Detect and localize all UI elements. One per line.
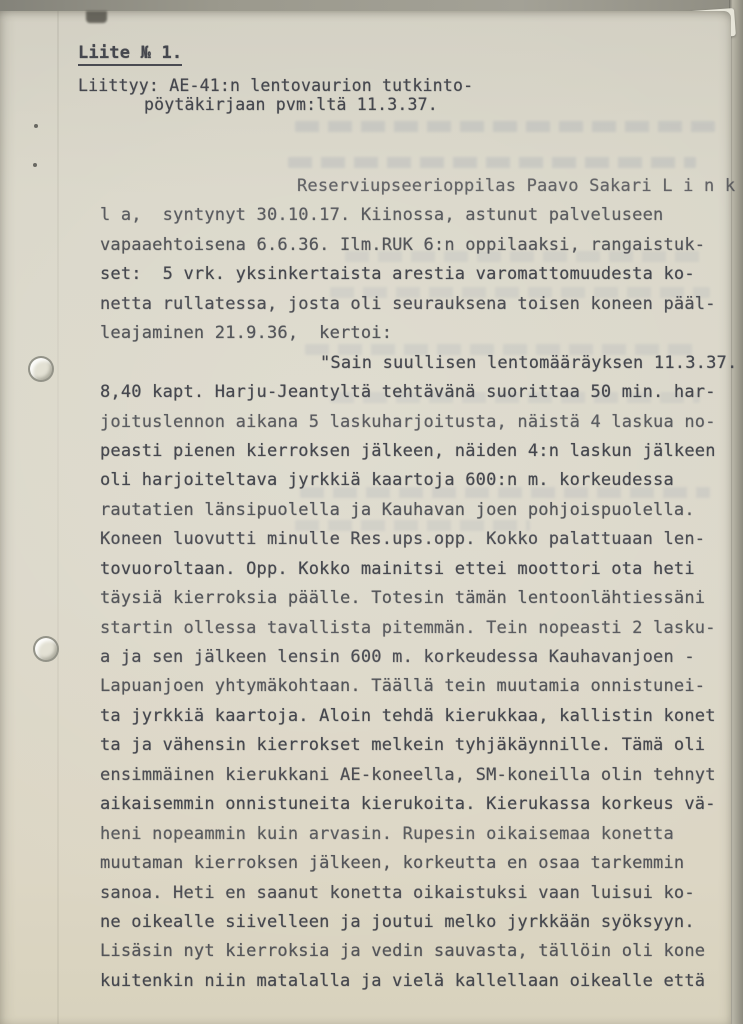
typewritten-line: Reserviupseerioppilas Paavo Sakari L i n… — [100, 172, 722, 201]
typewritten-line: "Sain suullisen lentomääräyksen 11.3.37.… — [100, 349, 722, 378]
typewritten-line: tovuoroltaan. Opp. Kokko mainitsi ettei … — [100, 555, 722, 584]
bleedthrough-text-line — [295, 121, 715, 132]
ink-speck — [34, 124, 38, 128]
appendix-title: Liite № 1. — [78, 43, 182, 66]
typewritten-line: startin ollessa tavallista pitemmän. Tei… — [100, 614, 722, 643]
typewritten-line: 8,40 kapt. Harju-Jeantyltä tehtävänä suo… — [100, 378, 722, 407]
typewritten-line: joituslennon aikana 5 laskuharjoitusta, … — [100, 408, 722, 437]
document-page: Liite № 1. Liittyy: AE-41:n lentovaurion… — [0, 11, 731, 1024]
typewritten-line: vapaaehtoisena 6.6.36. Ilm.RUK 6:n oppil… — [100, 231, 722, 260]
typewritten-line: kuitenkin niin matalalla ja vielä kallel… — [100, 967, 722, 996]
typewritten-line: muutaman kierroksen jälkeen, korkeutta e… — [100, 849, 722, 878]
typewritten-line: leajaminen 21.9.36, kertoi: — [100, 319, 722, 348]
typewritten-line: oli harjoiteltava jyrkkiä kaartoja 600:n… — [100, 466, 722, 495]
paper-fold-line — [57, 11, 59, 1024]
typewritten-line: netta rullatessa, josta oli seurauksena … — [100, 290, 722, 319]
punch-hole-icon — [33, 636, 59, 662]
typewritten-line: ta jyrkkiä kaartoja. Aloin tehdä kierukk… — [100, 702, 722, 731]
typewritten-body: Reserviupseerioppilas Paavo Sakari L i n… — [100, 172, 722, 996]
reference-line-1: Liittyy: AE-41:n lentovaurion tutkinto- — [78, 76, 473, 95]
reference-line-2: pöytäkirjaan pvm:ltä 11.3.37. — [144, 95, 438, 114]
typewritten-line: Koneen luovutti minulle Res.ups.opp. Kok… — [100, 525, 722, 554]
scanned-document: Liite № 1. Liittyy: AE-41:n lentovaurion… — [0, 0, 743, 1024]
bleedthrough-text-line — [288, 157, 696, 168]
ink-speck — [33, 163, 37, 167]
typewritten-line: ta ja vähensin kierrokset melkein tyhjäk… — [100, 731, 722, 760]
page-stack-edge — [729, 0, 743, 1024]
typewritten-line: Lisäsin nyt kierroksia ja vedin sauvasta… — [100, 937, 722, 966]
ink-blot — [86, 11, 107, 23]
typewritten-line: aikaisemmin onnistuneita kierukoita. Kie… — [100, 790, 722, 819]
typewritten-line: rautatien länsipuolella ja Kauhavan joen… — [100, 496, 722, 525]
typewritten-line: sanoa. Heti en saanut konetta oikaistuks… — [100, 879, 722, 908]
typewritten-line: l a, syntynyt 30.10.17. Kiinossa, astunu… — [100, 201, 722, 230]
typewritten-line: ensimmäinen kierukkani AE-koneella, SM-k… — [100, 761, 722, 790]
punch-hole-icon — [28, 356, 54, 382]
typewritten-line: täysiä kierroksia päälle. Totesin tämän … — [100, 584, 722, 613]
typewritten-line: heni nopeammin kuin arvasin. Rupesin oik… — [100, 820, 722, 849]
typewritten-line: Lapuanjoen yhtymäkohtaan. Täällä tein mu… — [100, 672, 722, 701]
typewritten-line: a ja sen jälkeen lensin 600 m. korkeudes… — [100, 643, 722, 672]
typewritten-line: ne oikealle siivelleen ja joutui melko j… — [100, 908, 722, 937]
typewritten-line: set: 5 vrk. yksinkertaista arestia varom… — [100, 260, 722, 289]
typewritten-line: peasti pienen kierroksen jälkeen, näiden… — [100, 437, 722, 466]
